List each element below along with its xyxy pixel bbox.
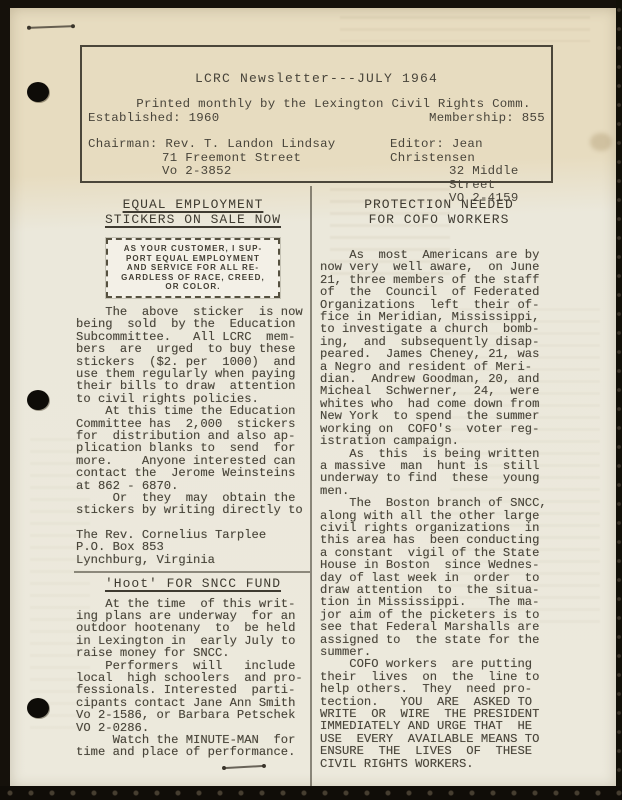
text-line: The Boston branch of SNCC, [320,497,558,509]
text-line: raise money for SNCC. [76,647,310,659]
punch-hole-middle [27,390,49,410]
text-line: help others. They need pro- [320,683,558,695]
text-line: Vo 2-1586, or Barbara Petschek [76,709,310,721]
chairman-block: Chairman: Rev. T. Landon Lindsay 71 Free… [88,138,336,179]
text-line: to investigate a church bomb- [320,323,558,335]
editor-block: Editor: Jean Christensen 32 Middle Stree… [390,138,545,206]
sticker-box: AS YOUR CUSTOMER, I SUP-PORT EQUAL EMPLO… [106,238,280,298]
chairman-name: Chairman: Rev. T. Landon Lindsay [88,138,336,152]
editor-name: Editor: Jean Christensen [390,138,545,165]
scanner-edge-right [616,0,622,800]
text-line: see that Federal Marshalls are [320,621,558,633]
heading-line: FOR COFO WORKERS [369,212,510,227]
sticker-article-text: The above sticker is nowbeing sold by th… [76,306,310,517]
text-line: time and place of performance. [76,746,310,758]
sticker-text: AS YOUR CUSTOMER, I SUP-PORT EQUAL EMPLO… [112,244,274,292]
text-line: CIVIL RIGHTS WORKERS. [320,758,558,770]
text-line: peared. James Cheney, 21, was [320,348,558,360]
text-line: New York to spend the summer [320,410,558,422]
masthead-box: LCRC Newsletter---JULY 1964 Printed mont… [80,45,553,183]
heading-line: STICKERS ON SALE NOW [105,212,281,227]
text-line: P.O. Box 853 [76,541,310,553]
text-line: outdoor hootenany to be held [76,622,310,634]
established-text: Established: 1960 [88,111,220,125]
bleedthrough-smudge [340,16,590,42]
heading-line: EQUAL EMPLOYMENT [123,197,264,212]
section-heading-hoot: 'Hoot' FOR SNCC FUND [76,577,310,592]
text-line: Lynchburg, Virginia [76,554,310,566]
punch-hole-bottom [27,698,49,718]
editor-street: 32 Middle Street [390,165,545,192]
contact-address-block: The Rev. Cornelius TarpleeP.O. Box 853Ly… [76,529,310,566]
text-line: this area has been conducting [320,534,558,546]
text-line: stickers by writing directly to [76,504,310,516]
text-line: their bills to draw attention [76,380,310,392]
section-heading-stickers: EQUAL EMPLOYMENT STICKERS ON SALE NOW [76,198,310,227]
text-line: fessionals. Interested parti- [76,684,310,696]
staple-mark-top [30,25,72,28]
text-line: GARDLESS OF RACE, CREED, [112,273,274,283]
newsletter-page: LCRC Newsletter---JULY 1964 Printed mont… [10,8,617,788]
text-line: OR COLOR. [112,282,274,292]
newsletter-title: LCRC Newsletter---JULY 1964 [88,71,545,86]
section-rule [74,571,310,573]
text-line: of the Council of Federated [320,286,558,298]
text-line: underway to find these young [320,472,558,484]
text-line: PORT EQUAL EMPLOYMENT [112,254,274,264]
chairman-phone: Vo 2-3852 [88,165,336,179]
text-line: AND SERVICE FOR ALL RE- [112,263,274,273]
heading-line: 'Hoot' FOR SNCC FUND [105,576,281,591]
section-heading-cofo: PROTECTION NEEDED FOR COFO WORKERS [320,198,558,227]
heading-line: PROTECTION NEEDED [364,197,514,212]
text-line: tion in Mississippi. The ma- [320,596,558,608]
staple-mark-bottom [225,765,263,769]
membership-text: Membership: 855 [429,111,545,125]
stain-smudge [590,133,612,151]
text-line: COFO workers are putting [320,658,558,670]
text-line: being sold by the Education [76,318,310,330]
text-line: plication blanks to send for [76,442,310,454]
text-line: ENSURE THE LIVES OF THESE [320,745,558,757]
text-line: now very well aware, on June [320,261,558,273]
text-line: istration campaign. [320,435,558,447]
text-line: bers are urged to buy these [76,343,310,355]
left-column: EQUAL EMPLOYMENT STICKERS ON SALE NOW AS… [76,198,310,759]
cofo-article-text: As most Americans are bynow very well aw… [320,249,558,770]
hoot-article-text: At the time of this writ-ing plans are u… [76,598,310,759]
text-line: Micheal Schwerner, 24, were [320,385,558,397]
text-line: IMMEDIATELY AND URGE THAT HE [320,720,558,732]
text-line: AS YOUR CUSTOMER, I SUP- [112,244,274,254]
punch-hole-top [27,82,49,102]
newsletter-subtitle: Printed monthly by the Lexington Civil R… [88,97,545,111]
text-line: At this time the Education [76,405,310,417]
text-line: House in Boston since Wednes- [320,559,558,571]
text-line: contact the Jerome Weinsteins [76,467,310,479]
column-divider-rule [310,186,312,786]
chairman-street: 71 Freemont Street [88,152,336,166]
right-column: PROTECTION NEEDED FOR COFO WORKERS As mo… [320,198,558,770]
scanner-edge-bottom [0,786,622,800]
